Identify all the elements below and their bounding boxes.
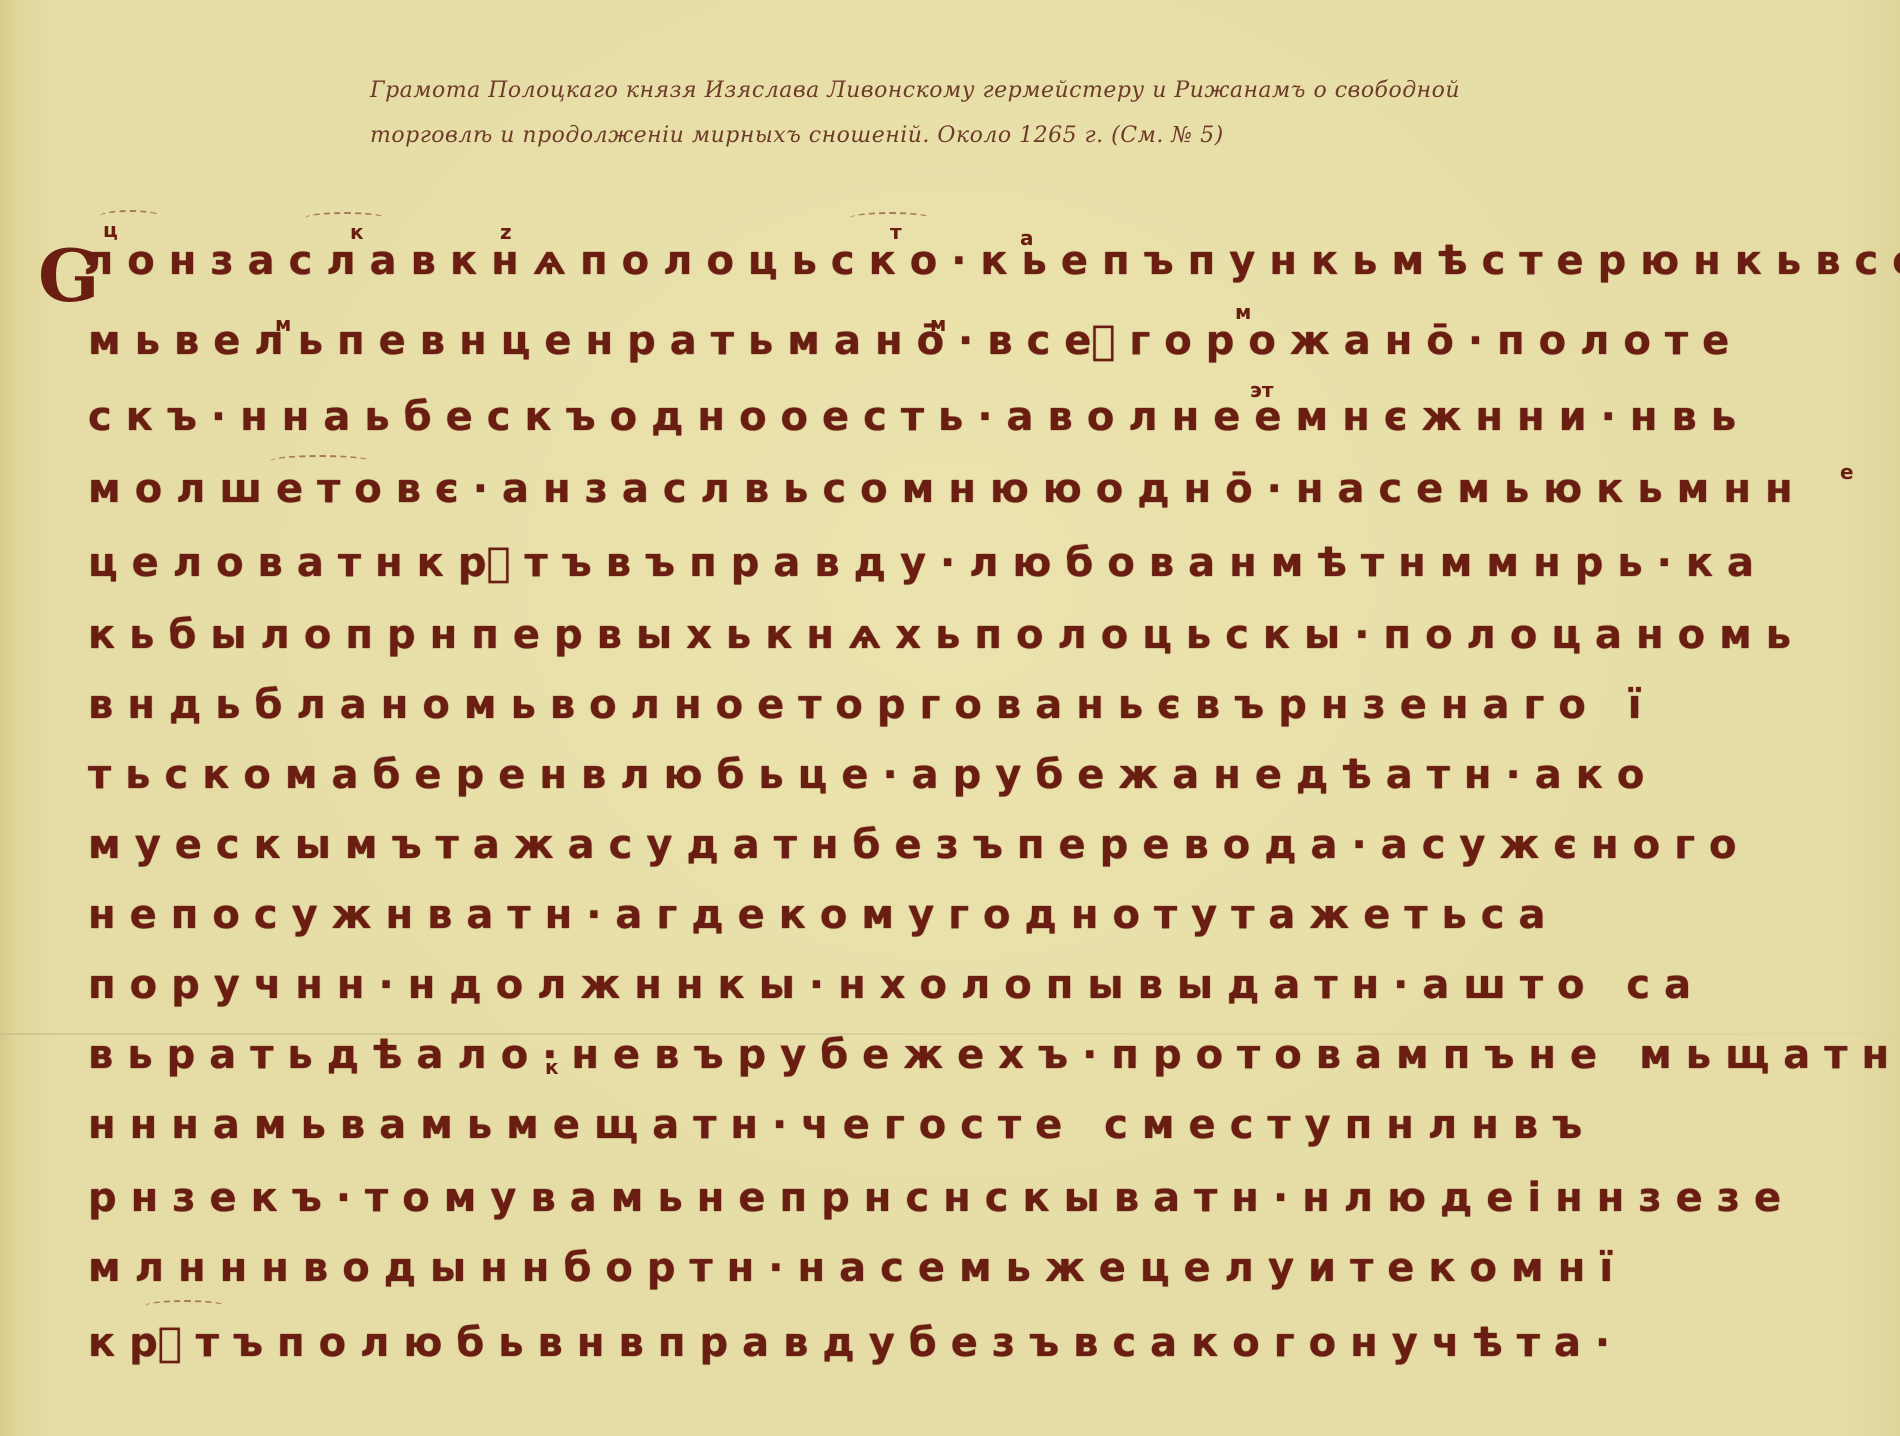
manuscript-line-10: непосужнватн·агдекомугоднотутажетьса [88, 892, 1560, 938]
manuscript-line-2: мьвельпевнценратьманō·всеⷨгорожанō·полот… [88, 318, 1743, 364]
titlo-mark [305, 212, 385, 224]
titlo-mark [145, 1300, 225, 1312]
manuscript-line-13: нннамьвамьмещатн·чегосте сместупнлнвъ [88, 1102, 1596, 1148]
manuscript-line-4: молшетовє·анзаслвьсомнююоднō·насемьюкьмн… [88, 466, 1807, 512]
manuscript-line-7: вндьбланомьволноеторгованьєвърнзенаго ї [88, 682, 1655, 728]
manuscript-line-3: скъ·ннаьбескъоднооесть·аволнеемнєжнни·нв… [88, 394, 1750, 440]
manuscript-line-16: крⷭтъполюбьвнвправдубезъвсакогонучѣта· [88, 1320, 1624, 1366]
manuscript-line-11: поручнн·ндолжннкы·нхолопывыдатн·ашто са [88, 962, 1705, 1008]
manuscript-line-1: лонзаславкнѧполоцьско·кьепъпункьмѣстерюн… [84, 238, 1900, 284]
manuscript-line-12: вьратьдѣало·невърубежехъ·протовампъне мь… [88, 1032, 1900, 1078]
manuscript-line-9: муескымътажасудатнбезъперевода·асужєного [88, 822, 1751, 868]
superscript-letter: е [1840, 460, 1854, 484]
manuscript-line-5: целоватнкрⷭтъвъправду·любованмѣтнммнрь·к… [88, 540, 1768, 586]
manuscript-line-6: кьбылопрнпервыхькнѧхьполоцьскы·полоцаном… [88, 612, 1805, 658]
manuscript-line-14: рнзекъ·томувамьнепрнснскыватн·нлюдеіннзе… [88, 1175, 1795, 1221]
manuscript-line-15: млнннводыннбортн·насемьжецелуитекомнї [88, 1245, 1627, 1291]
manuscript-text: G ц к z т а м м м эт е к лонзаславкнѧпол… [0, 0, 1900, 1436]
manuscript-line-8: тьскомаберенвлюбьце·арубежанедѣатн·ако [88, 752, 1658, 798]
